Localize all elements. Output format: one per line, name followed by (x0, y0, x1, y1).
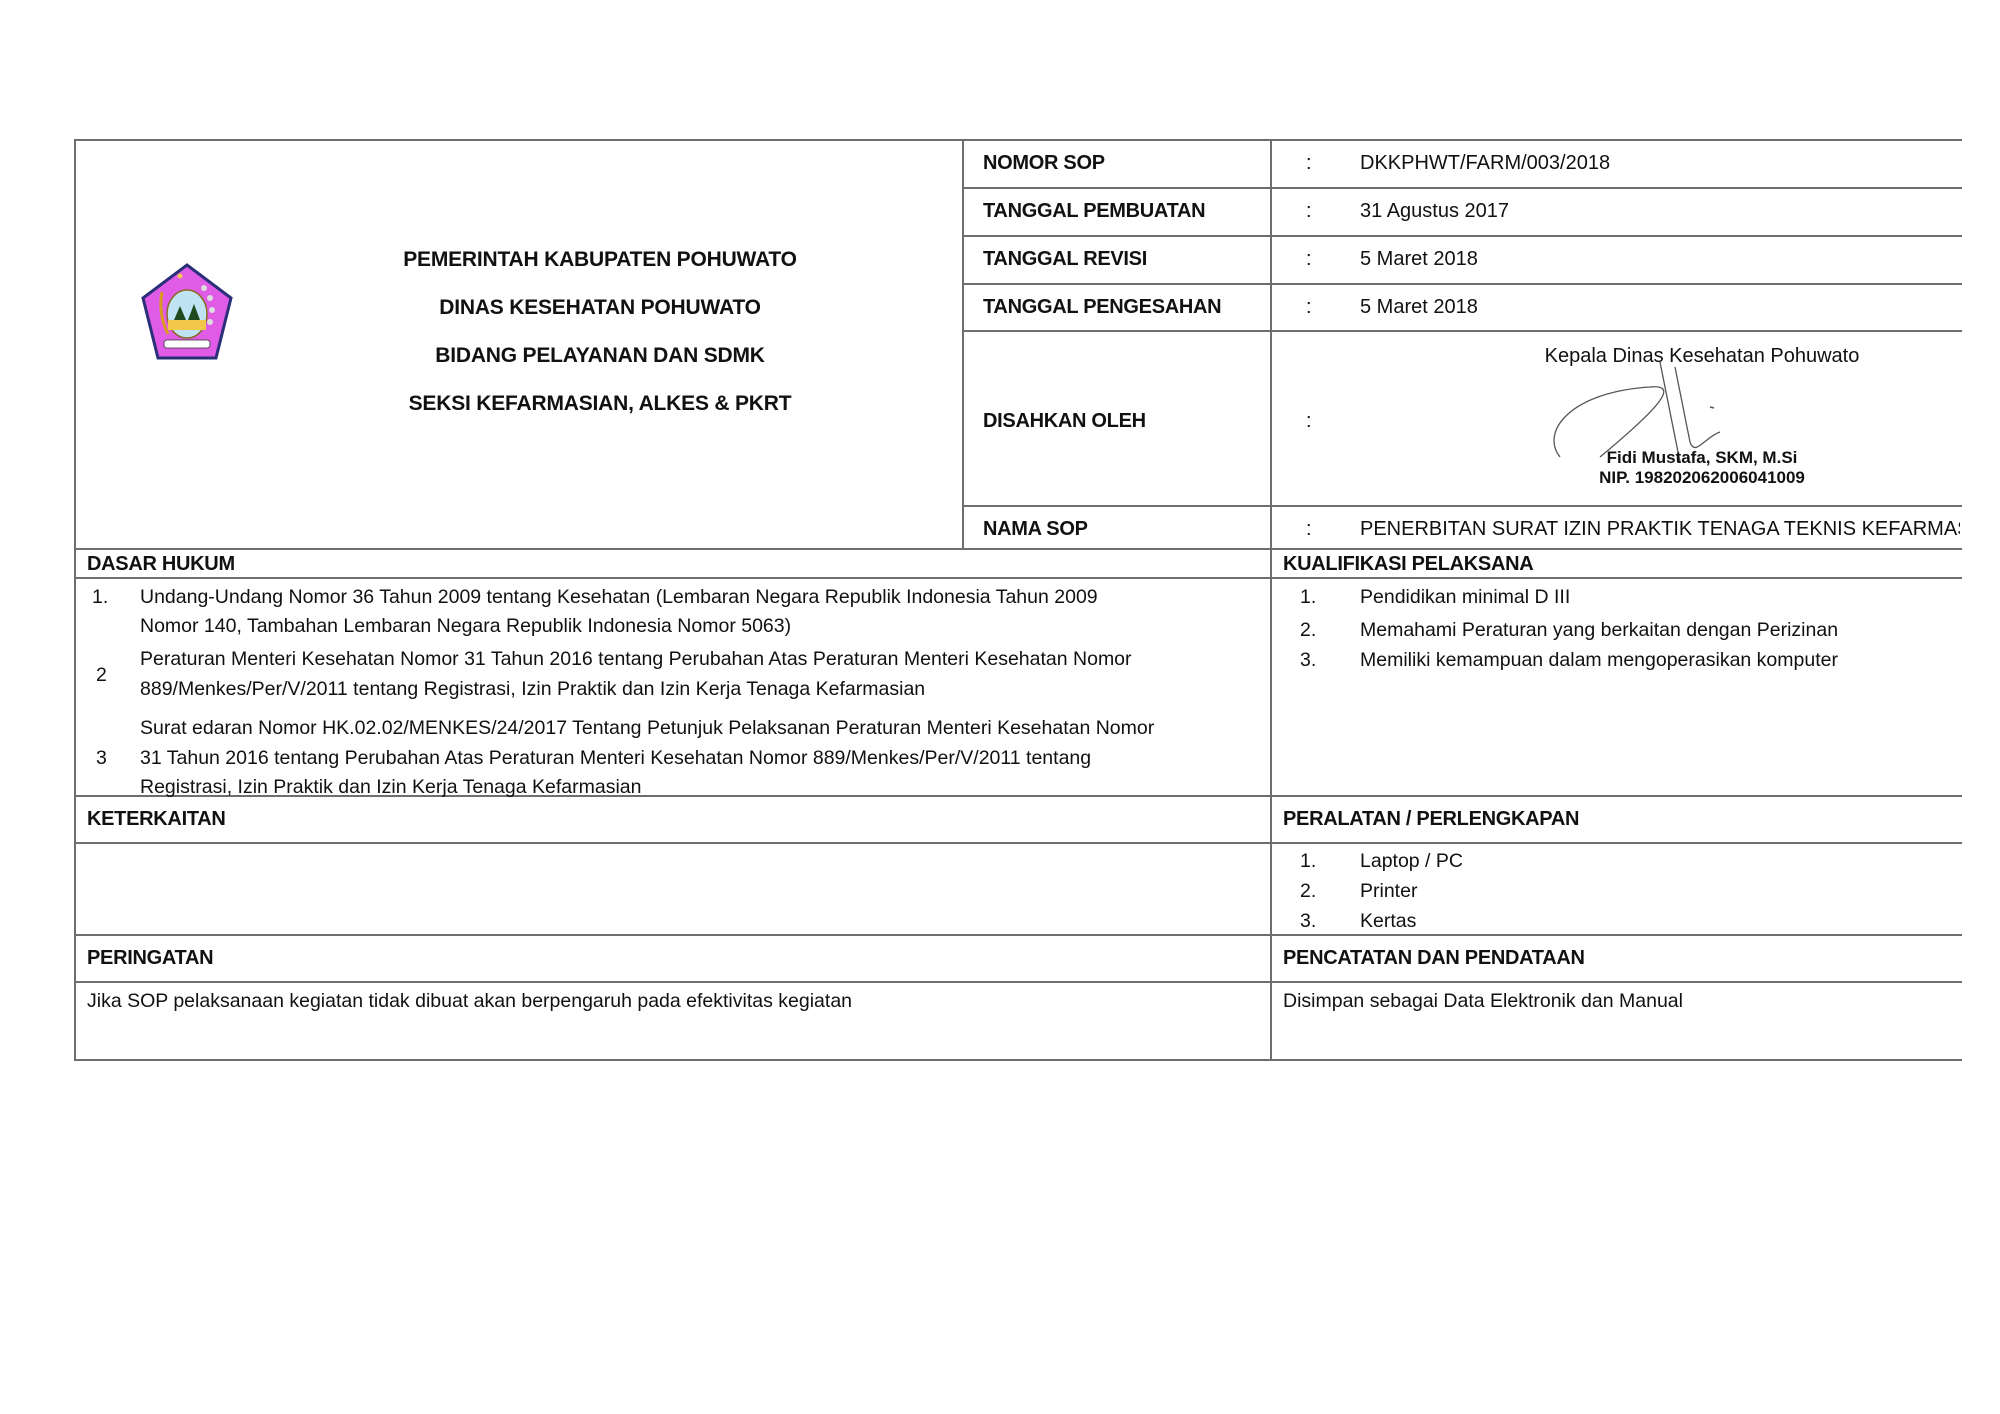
list-item-text: 889/Menkes/Per/V/2011 tentang Registrasi… (140, 678, 925, 701)
kabupaten-pohuwato-emblem-icon (140, 262, 234, 362)
list-item-number: 2. (1300, 619, 1316, 642)
list-item-text: Registrasi, Izin Praktik dan Izin Kerja … (140, 776, 641, 799)
pencatatan-text: Disimpan sebagai Data Elektronik dan Man… (1283, 990, 1683, 1013)
approval-name: Fidi Mustafa, SKM, M.Si (1362, 448, 2000, 468)
list-item-text: Kertas (1360, 910, 1416, 933)
section-heading-kualifikasi-pelaksana: KUALIFIKASI PELAKSANA (1283, 553, 1533, 576)
list-item-number: 1. (1300, 586, 1316, 609)
header-title-line: PEMERINTAH KABUPATEN POHUWATO (290, 248, 910, 272)
header-title-line: SEKSI KEFARMASIAN, ALKES & PKRT (290, 392, 910, 416)
list-item-text: Undang-Undang Nomor 36 Tahun 2009 tentan… (140, 586, 1098, 609)
list-item-text: 31 Tahun 2016 tentang Perubahan Atas Per… (140, 747, 1091, 770)
list-item-number: 1. (1300, 850, 1316, 873)
meta-colon: : (1306, 248, 1312, 271)
meta-colon: : (1306, 410, 1312, 433)
list-item-text: Memahami Peraturan yang berkaitan dengan… (1360, 619, 1838, 642)
meta-value-tanggal-revisi: 5 Maret 2018 (1360, 248, 1478, 271)
list-item-text: Peraturan Menteri Kesehatan Nomor 31 Tah… (140, 648, 1132, 671)
meta-colon: : (1306, 152, 1312, 175)
list-item-text: Surat edaran Nomor HK.02.02/MENKES/24/20… (140, 717, 1154, 740)
list-item-text: Pendidikan minimal D III (1360, 586, 1570, 609)
meta-label-nama-sop: NAMA SOP (983, 518, 1088, 541)
list-item-text: Memiliki kemampuan dalam mengoperasikan … (1360, 649, 1838, 672)
section-heading-peralatan: PERALATAN / PERLENGKAPAN (1283, 808, 1579, 831)
meta-label-tanggal-pengesahan: TANGGAL PENGESAHAN (983, 296, 1221, 319)
list-item-number: 1. (92, 586, 108, 609)
section-heading-keterkaitan: KETERKAITAN (87, 808, 226, 831)
list-item-number: 2. (1300, 880, 1316, 903)
list-item-number: 2 (96, 664, 107, 687)
meta-value-tanggal-pembuatan: 31 Agustus 2017 (1360, 200, 1509, 223)
header-title-line: DINAS KESEHATAN POHUWATO (290, 296, 910, 320)
list-item-text: Printer (1360, 880, 1417, 903)
meta-value-nomor-sop: DKKPHWT/FARM/003/2018 (1360, 152, 1610, 175)
meta-label-tanggal-revisi: TANGGAL REVISI (983, 248, 1147, 271)
section-heading-pencatatan: PENCATATAN DAN PENDATAAN (1283, 947, 1585, 970)
list-item-number: 3. (1300, 910, 1316, 933)
approval-nip: NIP. 198202062006041009 (1362, 468, 2000, 488)
list-item-text: Laptop / PC (1360, 850, 1463, 873)
meta-label-tanggal-pembuatan: TANGGAL PEMBUATAN (983, 200, 1205, 223)
meta-value-nama-sop: PENERBITAN SURAT IZIN PRAKTIK TENAGA TEK… (1360, 518, 1960, 541)
header-title-line: BIDANG PELAYANAN DAN SDMK (290, 344, 910, 368)
meta-colon: : (1306, 200, 1312, 223)
list-item-text: Nomor 140, Tambahan Lembaran Negara Repu… (140, 615, 791, 638)
peringatan-text: Jika SOP pelaksanaan kegiatan tidak dibu… (87, 990, 852, 1013)
list-item-number: 3. (1300, 649, 1316, 672)
section-heading-peringatan: PERINGATAN (87, 947, 213, 970)
meta-colon: : (1306, 518, 1312, 541)
meta-label-disahkan-oleh: DISAHKAN OLEH (983, 410, 1146, 433)
meta-colon: : (1306, 296, 1312, 319)
section-heading-dasar-hukum: DASAR HUKUM (87, 553, 235, 576)
meta-value-tanggal-pengesahan: 5 Maret 2018 (1360, 296, 1478, 319)
meta-label-nomor-sop: NOMOR SOP (983, 152, 1105, 175)
list-item-number: 3 (96, 747, 107, 770)
